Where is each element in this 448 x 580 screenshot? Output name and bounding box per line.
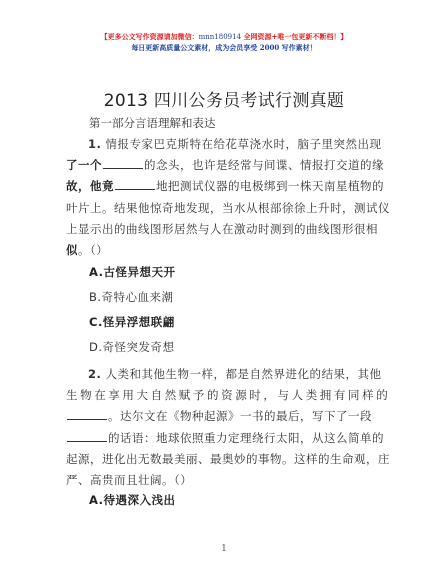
q2-text: 。达尔文在《物种起源》一书的最后，写下了一段 xyxy=(108,409,372,423)
option-letter: C. xyxy=(89,315,103,329)
promo-banner-line2: 每日更新高质量公文素材，成为会员享受 2000 写作素材！ xyxy=(0,43,448,53)
option-letter: A. xyxy=(89,493,103,507)
q1-line-5: 上显示出的曲线图形居然与人在激动时测到的曲线图形很相 xyxy=(66,219,384,240)
promo-suffix: 全网资源+唯一包更新不断档！】 xyxy=(241,32,347,41)
q2-line-3: 。达尔文在《物种起源》一书的最后，写下了一段 xyxy=(66,406,384,427)
q2-option-a: A.待遇深入浅出 xyxy=(89,492,175,508)
q1-line-6: 似。（） xyxy=(66,240,384,261)
promo-prefix: 【更多公文写作资源请加微信： xyxy=(101,32,199,41)
q1-text: 情报专家巴克斯特在给花草浇水时，脑子里突然出现 xyxy=(106,137,382,151)
option-text: 奇特心血来潮 xyxy=(102,290,174,304)
wechat-id: mnn180914 xyxy=(199,33,241,41)
q1-text: 地把测试仪器的电极绑到一株天南星植物的 xyxy=(156,179,384,193)
q1-line-4: 叶片上。结果他惊奇地发现，当水从根部徐徐上升时，测试仪 xyxy=(66,198,384,219)
question-1-stem: 1. 情报专家巴克斯特在给花草浇水时，脑子里突然出现 了一个的念头，也许是经常与… xyxy=(66,134,384,261)
q1-line-1: 1. 情报专家巴克斯特在给花草浇水时，脑子里突然出现 xyxy=(66,134,384,155)
q2-line-4: 的话语：地球依照重力定理绕行太阳，从这么简单的 xyxy=(66,428,384,449)
q1-option-a: A.古怪异想天开 xyxy=(89,264,175,280)
q1-line-3: 故，他竟地把测试仪器的电极绑到一株天南星植物的 xyxy=(66,176,384,197)
q2-line-2: 生物在享用大自然赋予的资源时，与人类拥有同样的 xyxy=(66,385,384,406)
q2-line-5: 起源，进化出无数最美丽、最奥妙的事物。这样的生命观，庄 xyxy=(66,449,384,470)
answer-paren: 。（） xyxy=(78,243,108,257)
q1-option-d: D.奇怪突发奇想 xyxy=(89,339,175,355)
q1-bold-text: 故，他竟 xyxy=(66,179,114,193)
option-text: 古怪异想天开 xyxy=(103,265,175,279)
page-number: 1 xyxy=(0,544,448,554)
question-number: 2. xyxy=(88,367,101,381)
document-title: 2013 四川公务员考试行测真题 xyxy=(0,86,448,111)
q1-option-b: B.奇特心血来潮 xyxy=(89,289,174,305)
option-letter: A. xyxy=(89,265,103,279)
option-letter: B. xyxy=(89,290,102,304)
option-text: 怪异浮想联翩 xyxy=(103,315,175,329)
q2-line-1: 2. 人类和其他生物一样，都是自然界进化的结果，其他 xyxy=(66,364,384,385)
fill-blank-1 xyxy=(67,407,107,420)
question-2-stem: 2. 人类和其他生物一样，都是自然界进化的结果，其他 生物在享用大自然赋予的资源… xyxy=(66,364,384,491)
q1-bold-text: 似 xyxy=(66,243,78,257)
fill-blank-1 xyxy=(103,156,143,169)
option-letter: D. xyxy=(89,340,103,354)
option-text: 奇怪突发奇想 xyxy=(103,340,175,354)
section-heading: 第一部分言语理解和表达 xyxy=(89,115,216,131)
q2-text: 的话语：地球依照重力定理绕行太阳，从这么简单的 xyxy=(108,431,384,445)
q1-text: 的念头，也许是经常与间谍、情报打交道的缘 xyxy=(144,158,384,172)
fill-blank-2 xyxy=(115,177,155,190)
fill-blank-2 xyxy=(67,429,107,442)
q2-line-6: 严、高贵而且壮阔。（） xyxy=(66,470,384,491)
question-number: 1. xyxy=(88,137,101,151)
q1-bold-text: 了一个 xyxy=(66,158,102,172)
q1-line-2: 了一个的念头，也许是经常与间谍、情报打交道的缘 xyxy=(66,155,384,176)
q1-option-c: C.怪异浮想联翩 xyxy=(89,314,175,330)
q2-text: 人类和其他生物一样，都是自然界进化的结果，其他 xyxy=(106,367,382,381)
promo-banner-line1: 【更多公文写作资源请加微信：mnn180914 全网资源+唯一包更新不断档！】 xyxy=(0,32,448,42)
option-text: 待遇深入浅出 xyxy=(103,493,175,507)
